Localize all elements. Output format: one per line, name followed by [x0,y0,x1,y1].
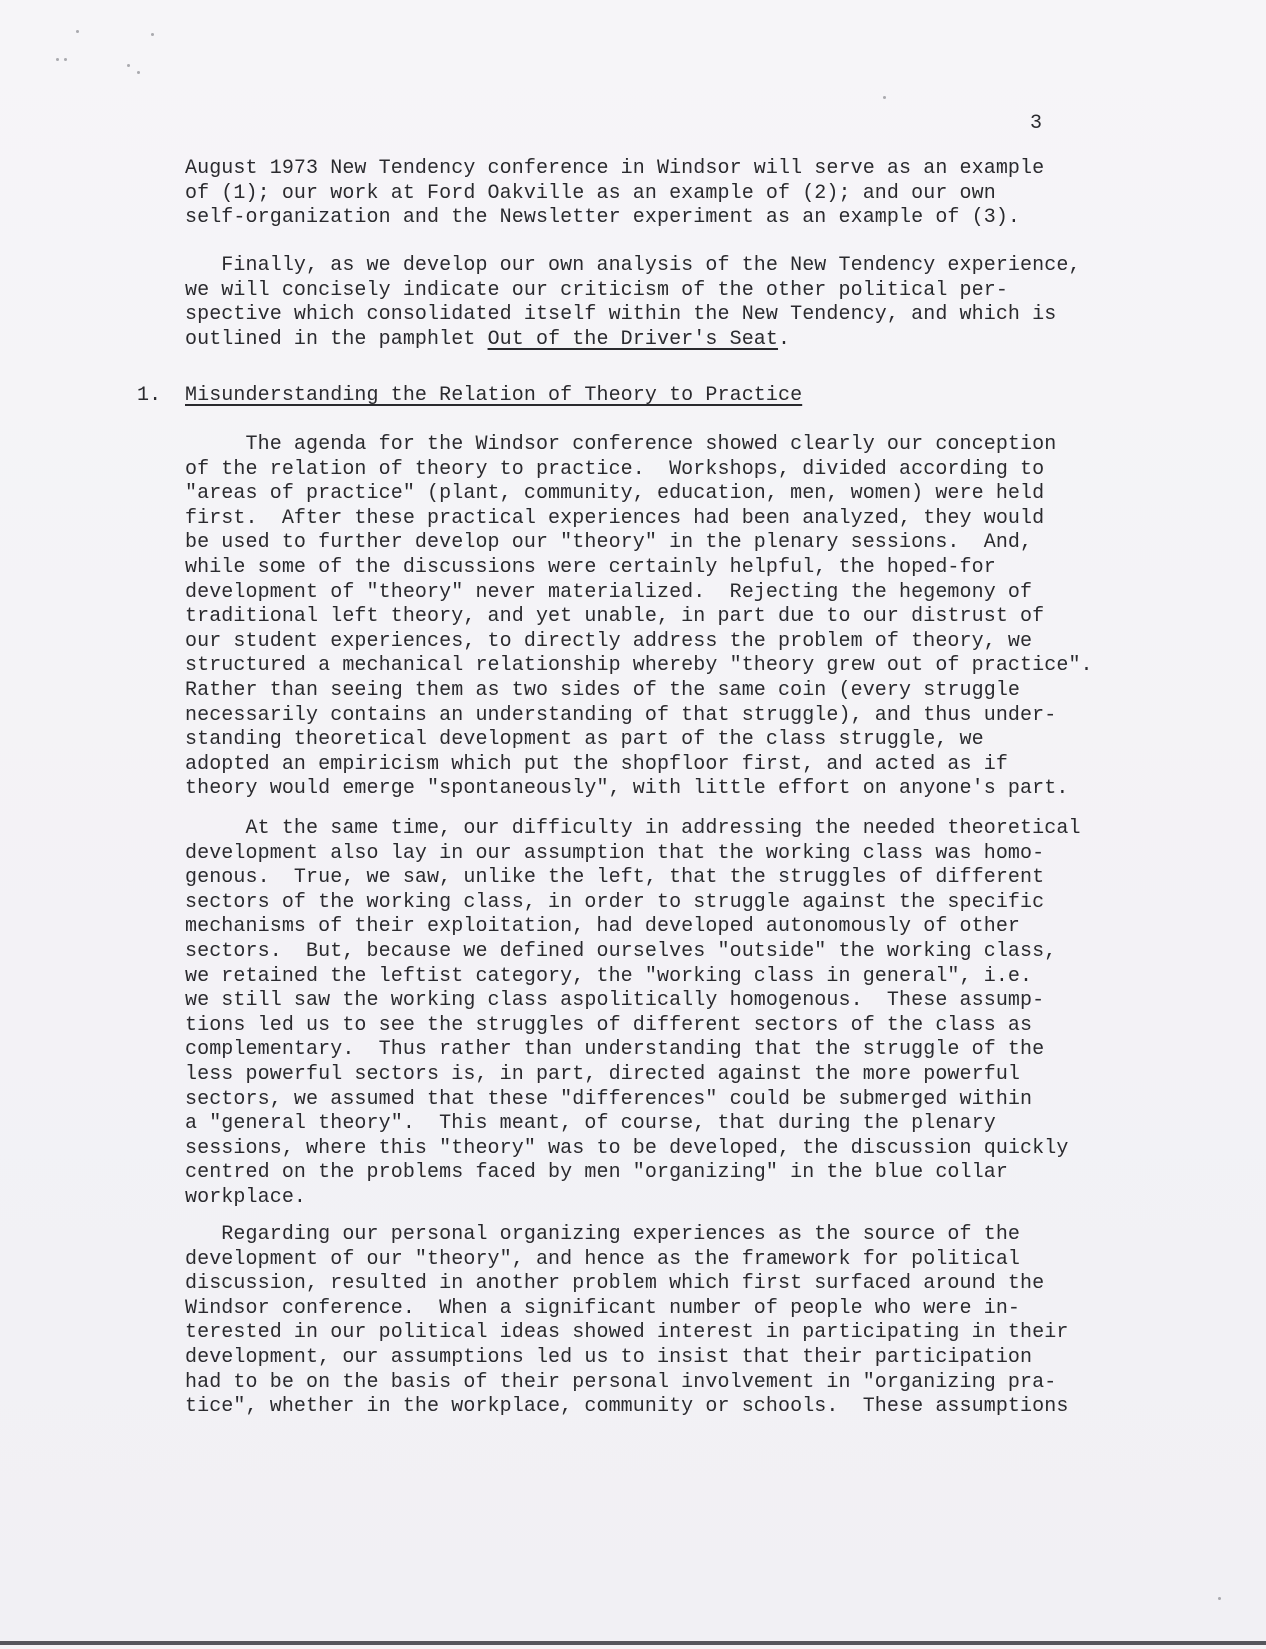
text-line: workplace. [185,1186,306,1210]
text-line: At the same time, our difficulty in addr… [185,817,1081,841]
text-line: spective which consolidated itself withi… [185,303,1056,327]
text-line: traditional left theory, and yet unable,… [185,605,1044,629]
text-line: had to be on the basis of their personal… [185,1371,1056,1395]
text-line: self-organization and the Newsletter exp… [185,206,1020,230]
text-line: first. After these practical experiences… [185,507,1044,531]
document-page: 3 August 1973 New Tendency conference in… [0,0,1266,1645]
text-line: our student experiences, to directly add… [185,630,1032,654]
page-number: 3 [1030,112,1042,136]
scan-bottom-edge [0,1641,1266,1645]
text-line: Finally, as we develop our own analysis … [185,254,1081,278]
text-line: mechanisms of their exploitation, had de… [185,915,1020,939]
section-number: 1. [137,384,161,408]
text-line: sessions, where this "theory" was to be … [185,1137,1068,1161]
text-line: genous. True, we saw, unlike the left, t… [185,866,1044,890]
section-heading-text: Misunderstanding the Relation of Theory … [185,384,802,407]
text-line: be used to further develop our "theory" … [185,531,1032,555]
text-line: terested in our political ideas showed i… [185,1321,1068,1345]
text-line: tions led us to see the struggles of dif… [185,1014,1032,1038]
text-line: Windsor conference. When a significant n… [185,1297,1020,1321]
text-line: The agenda for the Windsor conference sh… [185,433,1056,457]
text-line: development of "theory" never materializ… [185,581,1032,605]
text-line: development also lay in our assumption t… [185,842,1044,866]
text-line: theory would emerge "spontaneously", wit… [185,777,1068,801]
text-line: we retained the leftist category, the "w… [185,965,1032,989]
text-line: standing theoretical development as part… [185,728,984,752]
text-line: less powerful sectors is, in part, direc… [185,1063,1020,1087]
text-line: adopted an empiricism which put the shop… [185,753,1008,777]
text-line: sectors, we assumed that these "differen… [185,1088,1032,1112]
text-line: we will concisely indicate our criticism… [185,279,1008,303]
text-line: we still saw the working class aspolitic… [185,989,1044,1013]
text-line: of (1); our work at Ford Oakville as an … [185,182,996,206]
text-line: centred on the problems faced by men "or… [185,1161,1008,1185]
text-line: necessarily contains an understanding of… [185,704,1056,728]
text-line: complementary. Thus rather than understa… [185,1038,1044,1062]
text-line: "areas of practice" (plant, community, e… [185,482,1044,506]
text-line: discussion, resulted in another problem … [185,1272,1044,1296]
text-line: a "general theory". This meant, of cours… [185,1112,996,1136]
text-line: structured a mechanical relationship whe… [185,654,1093,678]
text-line: sectors of the working class, in order t… [185,891,1044,915]
text-line: sectors. But, because we defined ourselv… [185,940,1056,964]
text-line: development of our "theory", and hence a… [185,1248,1020,1272]
text-line: outlined in the pamphlet Out of the Driv… [185,328,790,352]
text-line: tice", whether in the workplace, communi… [185,1395,1068,1419]
pamphlet-title: Out of the Driver's Seat [488,328,778,351]
text-line: Rather than seeing them as two sides of … [185,679,1020,703]
text-line: August 1973 New Tendency conference in W… [185,157,1044,181]
text-line: while some of the discussions were certa… [185,556,996,580]
text-line: of the relation of theory to practice. W… [185,458,1044,482]
text-line: Regarding our personal organizing experi… [185,1223,1020,1247]
text-line: development, our assumptions led us to i… [185,1346,1032,1370]
